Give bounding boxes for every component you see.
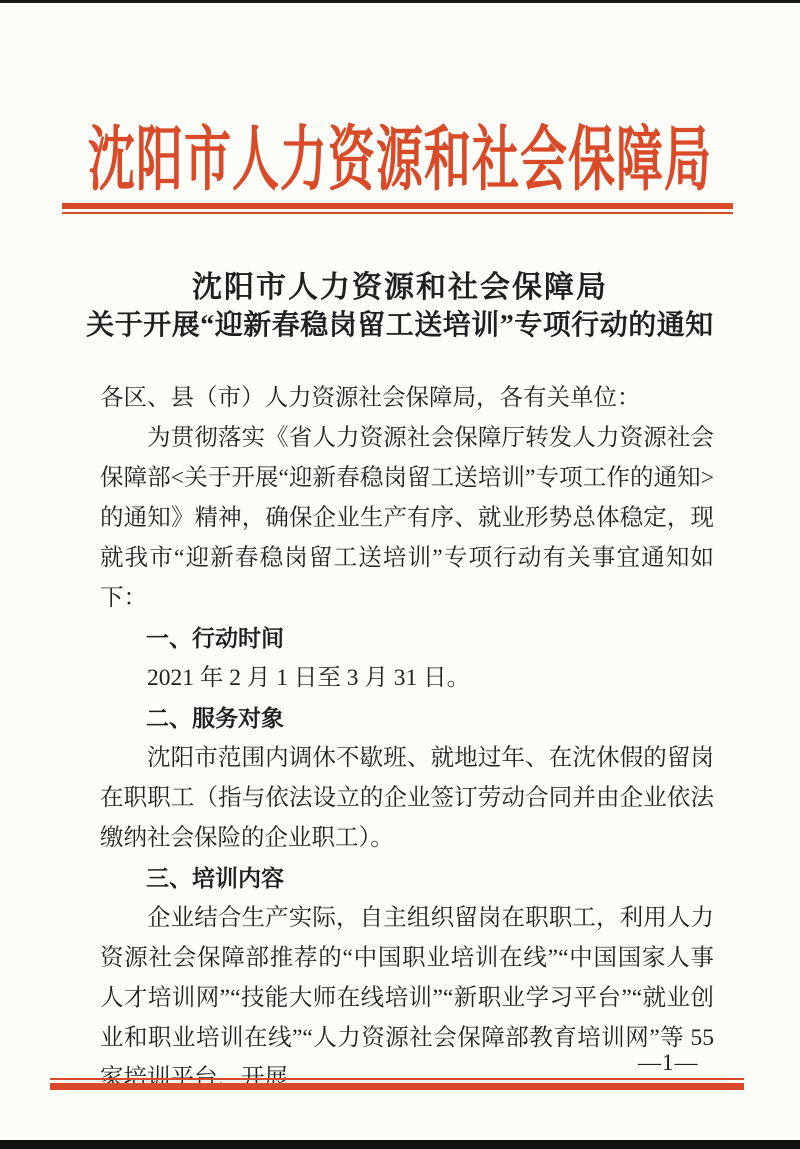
scan-edge-top — [0, 0, 800, 3]
footer-double-rule — [50, 1078, 744, 1090]
rule-thick-line — [50, 1083, 744, 1090]
section-heading-1: 一、行动时间 — [100, 618, 714, 658]
section-heading-2: 二、服务对象 — [100, 698, 714, 738]
scan-edge-bottom — [0, 1140, 800, 1149]
body-paragraph: 2021 年 2 月 1 日至 3 月 31 日。 — [100, 658, 714, 698]
rule-thick-line — [62, 203, 733, 209]
body-paragraph: 沈阳市范围内调休不歇班、就地过年、在沈休假的留岗在职职工（指与依法设立的企业签订… — [100, 738, 714, 858]
document-page: 沈阳市人力资源和社会保障局 沈阳市人力资源和社会保障局 关于开展“迎新春稳岗留工… — [0, 0, 800, 1149]
section-heading-3: 三、培训内容 — [100, 858, 714, 898]
page-number: —1— — [638, 1050, 699, 1076]
body-paragraph: 企业结合生产实际，自主组织留岗在职职工，利用人力资源社会保障部推荐的“中国职业培… — [100, 898, 714, 1098]
rule-thin-line — [62, 212, 733, 214]
letterhead-double-rule — [62, 203, 733, 214]
salutation-line: 各区、县（市）人力资源社会保障局，各有关单位： — [100, 378, 714, 418]
document-title-subject: 关于开展“迎新春稳岗留工送培训”专项行动的通知 — [0, 303, 800, 343]
body-paragraph: 为贯彻落实《省人力资源社会保障厅转发人力资源社会保障部<关于开展“迎新春稳岗留工… — [100, 418, 714, 618]
rule-thin-line — [50, 1078, 744, 1080]
letterhead-org-name: 沈阳市人力资源和社会保障局 — [0, 104, 800, 205]
document-body: 各区、县（市）人力资源社会保障局，各有关单位： 为贯彻落实《省人力资源社会保障厅… — [100, 378, 714, 1098]
document-title-issuer: 沈阳市人力资源和社会保障局 — [0, 262, 800, 306]
